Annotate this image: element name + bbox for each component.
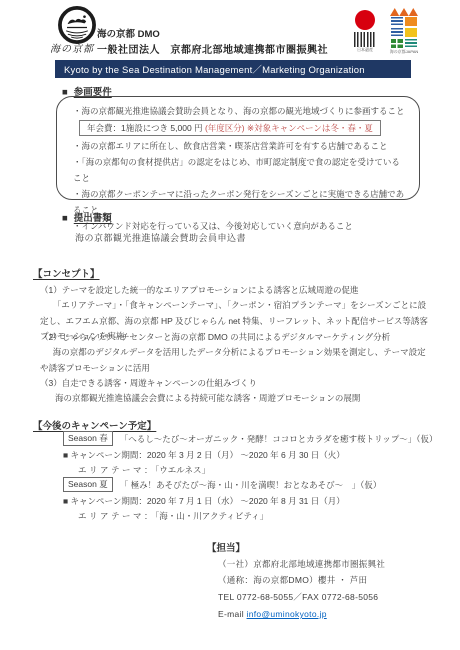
english-title-banner: Kyoto by the Sea Destination Management／… (55, 60, 411, 78)
spring-campaign-title: 「へるし〜たび〜オーガニック・発酵！ココロとカラダを癒す桜トリップ〜」（仮） (120, 433, 438, 445)
email-link[interactable]: info@uminokyoto.jp (247, 609, 327, 619)
submission-document-name: 海の京都観光推進協議会賛助会員申込書 (75, 231, 246, 244)
japan-heritage-barcode-icon (354, 32, 376, 47)
org-short-name: 海の京都 DMO (97, 26, 160, 40)
section-heading-contact: 【担当】 (207, 540, 245, 554)
section-heading-documents: ■提出書類 (62, 210, 112, 224)
fee-amount-text: 年会費：1施設につき 5,000 円 (87, 123, 203, 133)
annual-fee-box: 年会費：1施設につき 5,000 円 (年度区分) ※対象キャンペーンは冬・春・… (79, 120, 381, 136)
grid-cell-blue-stripes (390, 16, 404, 27)
contact-persons-line: （通称：海の京都DMO）櫻井 ・ 芦田 (218, 573, 367, 588)
sea-of-kyoto-brand-logo: 海の京都JAPAN (389, 8, 419, 55)
summer-campaign-title: 「 極み！あそびたび〜海・山・川を満喫！おとなあそび〜 」（仮） (120, 479, 382, 491)
umi-no-kyoto-circle-logo (57, 5, 97, 45)
concept-point3-title: （3）自走できる誘客・周遊キャンペーンの仕組みづくり (40, 376, 257, 392)
section-heading-upcoming-campaigns: 【今後のキャンペーン予定】 (33, 418, 156, 432)
concept-point3-body: 海の京都観光推進協議会会費による持続可能な誘客・周遊プロモーションの展開 (55, 391, 435, 407)
spring-campaign-row: Season 春 「へるし〜たび〜オーガニック・発酵！ココロとカラダを癒す桜トリ… (63, 431, 438, 446)
concept-point2-title: （2）じゃらんリサーチセンターと海の京都 DMO の共同によるデジタルマーケティ… (40, 330, 390, 346)
requirement-item: ・海の京都クーポンテーマに沿ったクーポン発行をシーズンごとに実施できる店舗である… (73, 186, 406, 218)
concept-point2-body: 海の京都のデジタルデータを活用したデータ分析によるプロモーション効果を測定し、テ… (40, 345, 434, 376)
crown-triangles-icon (390, 8, 418, 16)
fee-note-red-text: (年度区分) ※対象キャンペーンは冬・春・夏 (205, 123, 373, 133)
grid-cell-orange (404, 16, 418, 27)
grid-cell-blue-stripes (390, 27, 404, 38)
japan-heritage-logo: 日本遺産 (352, 10, 378, 53)
requirements-box: ・海の京都観光推進協議会賛助会員となり、海の京都の観光地域づくりに参画すること … (56, 96, 420, 200)
requirement-item: ・海の京都観光推進協議会賛助会員となり、海の京都の観光地域づくりに参画すること (73, 103, 406, 119)
concept-point1-title: （1）テーマを設定した統一的なエリアプロモーションによる誘客と広域周遊の促進 (40, 283, 359, 299)
season-summer-badge: Season 夏 (63, 477, 113, 492)
color-grid-icon (390, 16, 418, 49)
document-page: 海の京都 海の京都 DMO 一般社団法人 京都府北部地域連携都市圏振興社 日本遺… (0, 0, 460, 650)
summer-campaign-period: ■ キャンペーン期間：2020 年 7 月 1 日（水） 〜2020 年 8 月… (63, 494, 345, 510)
japan-heritage-sun-icon (355, 10, 375, 30)
season-spring-badge: Season 春 (63, 431, 113, 446)
area-theme-label: エリアテーマ： (78, 465, 155, 475)
grid-cell-green-window (390, 38, 404, 49)
area-theme-value: 「海・山・川アクティビティ」 (155, 511, 268, 521)
japan-heritage-caption: 日本遺産 (352, 48, 378, 53)
grid-cell-teal-stripes (404, 38, 418, 49)
square-bullet-icon: ■ (62, 213, 68, 224)
email-label: E-mail (218, 609, 247, 619)
section-heading-concept: 【コンセプト】 (33, 266, 100, 280)
area-theme-label: エリアテーマ： (78, 511, 155, 521)
summer-area-theme: エリアテーマ：「海・山・川アクティビティ」 (78, 509, 268, 525)
grid-cell-yellow (404, 27, 418, 38)
contact-email-line: E-mail info@uminokyoto.jp (218, 607, 327, 622)
summer-campaign-row: Season 夏 「 極み！あそびたび〜海・山・川を満喫！おとなあそび〜 」（仮… (63, 477, 381, 492)
org-full-name: 一般社団法人 京都府北部地域連携都市圏振興社 (97, 41, 328, 56)
contact-org-line: （一社）京都府北部地域連携都市圏振興社 (218, 557, 385, 572)
requirement-item: ・海の京都エリアに所在し、飲食店営業・喫茶店営業許可を有する店舗であること (73, 138, 406, 154)
logo-calligraphy-caption: 海の京都 (50, 40, 94, 55)
contact-tel-fax-line: TEL 0772-68-5055／FAX 0772-68-5056 (218, 590, 378, 605)
requirement-item: ・「海の京都旬の食材提供店」の認定をはじめ、市町認定制度で食の認定を受けているこ… (73, 154, 406, 186)
spring-campaign-period: ■ キャンペーン期間：2020 年 3 月 2 日（月） 〜2020 年 6 月… (63, 448, 345, 464)
area-theme-value: 「ウエルネス」 (155, 465, 210, 475)
sea-of-kyoto-logo-caption: 海の京都JAPAN (389, 50, 419, 55)
